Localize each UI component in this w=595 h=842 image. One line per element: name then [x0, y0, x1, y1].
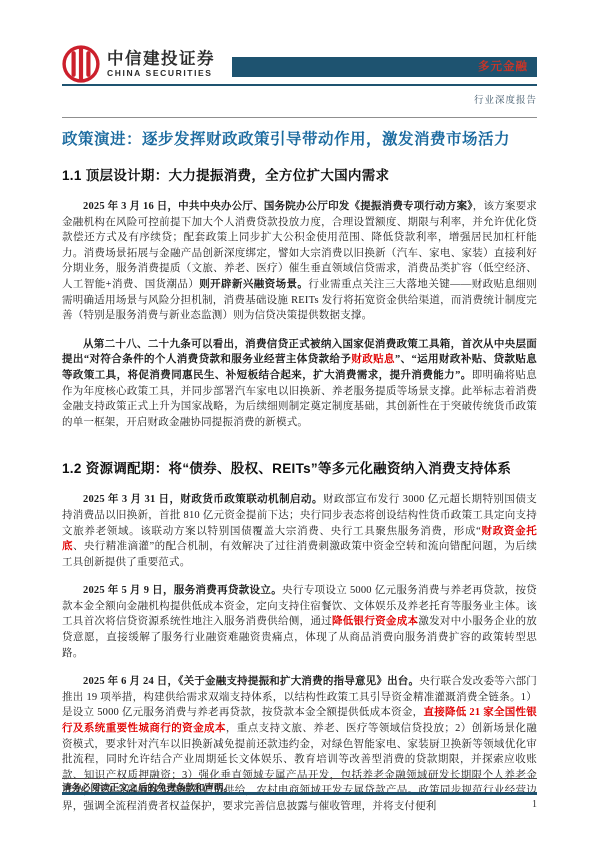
- footer-rule-thin: [62, 778, 537, 779]
- footer-rule-thick: [62, 792, 537, 795]
- text-segment: 降低银行资金成本: [332, 616, 418, 627]
- report-page: 中信建投证券 CHINA SECURITIES 多元金融 行业深度报告 政策演进…: [0, 0, 595, 842]
- company-name-cn: 中信建投证券: [107, 49, 215, 68]
- header-rule: [62, 84, 537, 86]
- text-segment: 2025 年 5 月 9 日，服务消费再贷款设立。: [83, 585, 282, 596]
- text-segment: 2025 年 3 月 31 日，财政货币政策联动机制启动。: [83, 494, 323, 505]
- paragraph: 2025 年 5 月 9 日，服务消费再贷款设立。央行专项设立 5000 亿元服…: [62, 583, 537, 661]
- section-heading-1-2: 1.2 资源调配期：将“债券、股权、REITs”等多元化融资纳入消费支持体系: [62, 457, 537, 477]
- text-segment: 2025 年 6 月 24 日，《关于金融支持提振和扩大消费的指导意见》出台。: [83, 676, 419, 687]
- section-paragraphs-1-2: 2025 年 3 月 31 日，财政货币政策联动机制启动。财政部宣布发行 300…: [62, 492, 537, 814]
- company-name: 中信建投证券 CHINA SECURITIES: [107, 49, 215, 79]
- text-segment: 则开辟新兴融资场景。: [199, 279, 308, 290]
- page-title: 政策演进：逐步发挥财政政策引导带动作用，激发消费市场活力: [62, 127, 537, 149]
- category-badge: 多元金融: [232, 57, 537, 77]
- report-type-label: 行业深度报告: [474, 92, 537, 106]
- text-segment: ，该方案要求金融机构在风险可控前提下加大个人消费贷款投放力度，合理设置额度、期限…: [62, 201, 537, 290]
- category-band: 多元金融: [232, 57, 537, 77]
- paragraph: 从第二十八、二十九条可以看出，消费信贷正式被纳入国家促消费政策工具箱，首次从中央…: [62, 337, 537, 431]
- company-logo: 中信建投证券 CHINA SECURITIES: [62, 45, 215, 83]
- text-segment: 财政贴息: [351, 354, 395, 365]
- text-segment: ，重点支持文旅、养老、医疗等领域信贷投放；2）创新场景化融资模式，要求针对汽车以…: [62, 723, 537, 812]
- paragraph: 2025 年 3 月 31 日，财政货币政策联动机制启动。财政部宣布发行 300…: [62, 492, 537, 570]
- footer-page-number: 1: [532, 799, 537, 810]
- company-name-en: CHINA SECURITIES: [107, 68, 215, 79]
- paragraph: 2025 年 3 月 16 日，中共中央办公厅、国务院办公厅印发《提振消费专项行…: [62, 199, 537, 324]
- text-segment: 2025 年 3 月 16 日，中共中央办公厅、国务院办公厅印发《提振消费专项行…: [83, 201, 473, 212]
- section-paragraphs-1-1: 2025 年 3 月 16 日，中共中央办公厅、国务院办公厅印发《提振消费专项行…: [62, 199, 537, 430]
- section-heading-1-1: 1.1 顶层设计期：大力提振消费，全方位扩大国内需求: [62, 164, 537, 184]
- section-resource-allocation: 1.2 资源调配期：将“债券、股权、REITs”等多元化融资纳入消费支持体系 2…: [62, 457, 537, 814]
- company-logo-icon: [62, 45, 100, 83]
- section-top-level-design: 1.1 顶层设计期：大力提振消费，全方位扩大国内需求 2025 年 3 月 16…: [62, 164, 537, 430]
- text-segment: 、央行精准滴灌”的配合机制，有效解决了过往消费刺激政策中资金空转和流向错配问题，…: [62, 541, 537, 568]
- subheader-rule: [62, 117, 537, 118]
- report-body: 政策演进：逐步发挥财政政策引导带动作用，激发消费市场活力 1.1 顶层设计期：大…: [62, 127, 537, 815]
